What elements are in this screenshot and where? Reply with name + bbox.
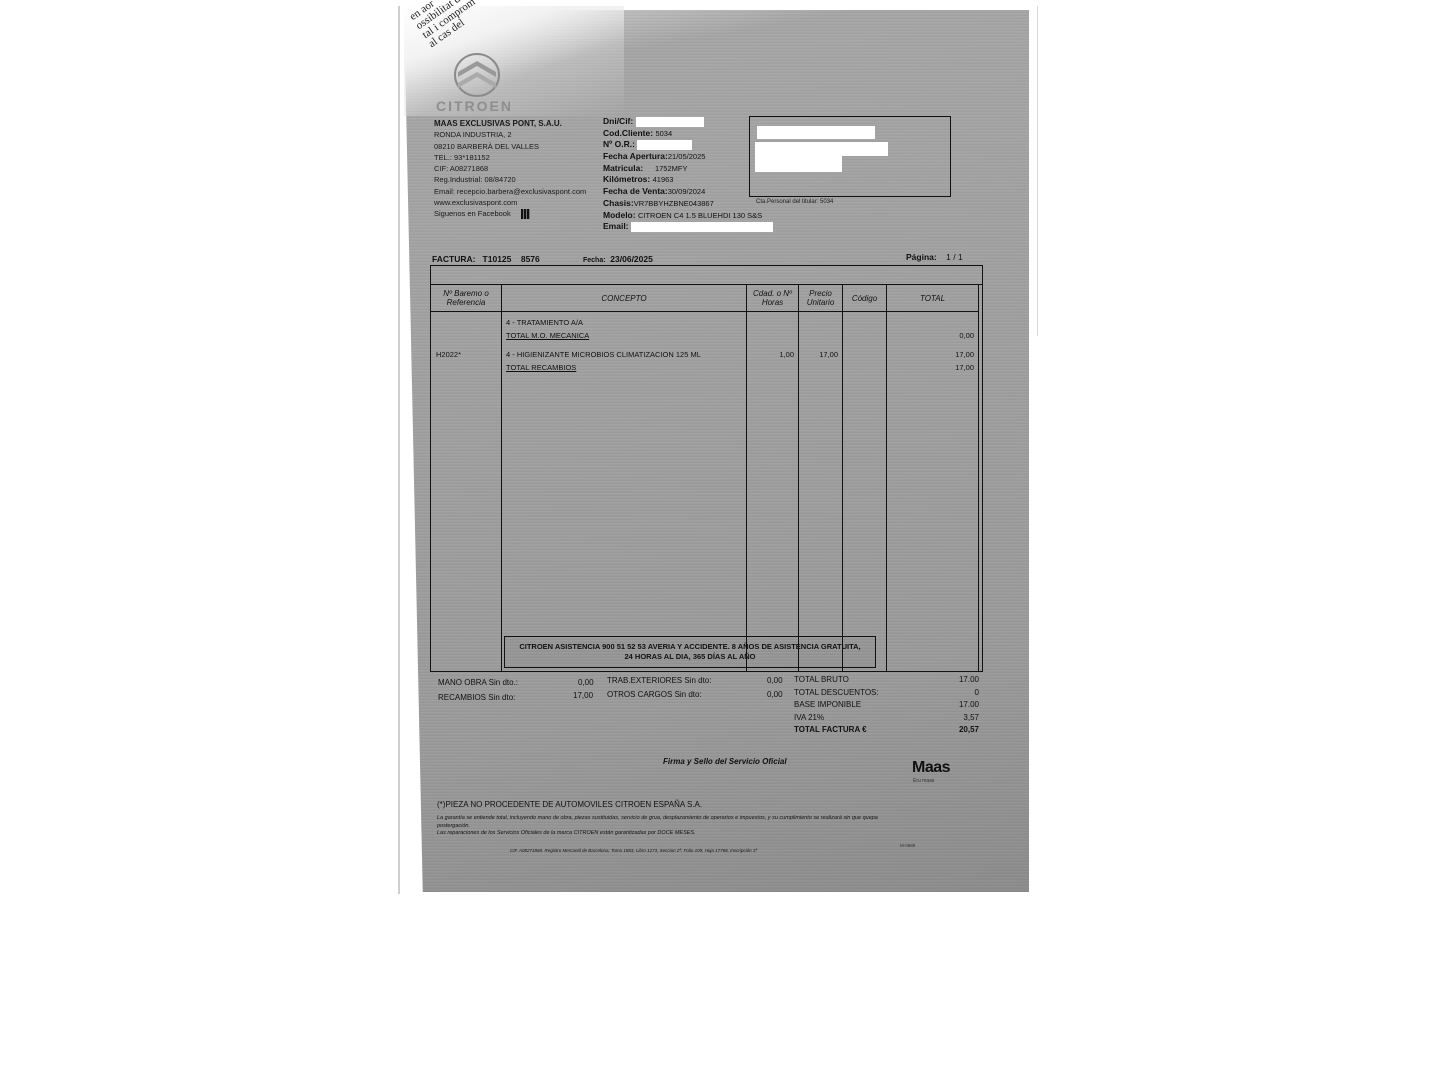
fecha-venta-label: Fecha de Venta: [603,186,668,196]
total-descuentos-value: 0 [975,687,979,700]
email-label: Email: [603,221,629,231]
row-concepto: TOTAL M.O. MECANICA [506,331,589,340]
company-city: 08210 BARBERÀ DEL VALLES [434,141,586,152]
company-web: www.exclusivaspont.com [434,197,586,208]
cod-cliente-value: 5034 [655,129,672,138]
row-concepto: TOTAL RECAMBIOS [506,363,576,372]
cod-cliente-row: Cod.Cliente: 5034 [603,128,773,140]
base-imponible-row: BASE IMPONIBLE17.00 [794,699,979,712]
total-descuentos-label: TOTAL DESCUENTOS: [794,687,879,700]
fecha-apertura-value: 21/05/2025 [668,152,706,161]
column-ref [431,285,502,671]
row-total: 17,00 [887,363,974,372]
otros-label: OTROS CARGOS Sin dto: [607,690,702,699]
company-name: MAAS EXCLUSIVAS PONT, S.A.U. [434,118,586,129]
header-precio: Precio Unitario [799,285,842,312]
mano-obra-label: MANO OBRA Sin dto.: [438,678,518,687]
kilometros-row: Kilómetros: 41963 [603,174,773,186]
recambios-value: 17,00 [573,691,593,700]
email-row: Email: [603,221,773,233]
header-codigo: Código [843,285,886,312]
dni-label: Dni/Cif: [603,116,633,126]
total-descuentos-row: TOTAL DESCUENTOS:0 [794,687,979,700]
column-qty [747,285,799,671]
recambios-label: RECAMBIOS Sin dto: [438,693,515,702]
total-bruto-label: TOTAL BRUTO [794,674,849,687]
factura-number: 8576 [521,254,540,264]
trab-ext-label: TRAB.EXTERIORES Sin dto: [607,676,711,685]
chasis-value: VR7BBYHZBNE043867 [634,199,714,208]
iva-label: IVA 21% [794,712,824,725]
row-concepto: 4 - TRATAMIENTO A/A [506,318,583,327]
row-total: 0,00 [887,331,974,340]
total-factura-label: TOTAL FACTURA € [794,724,867,737]
redacted-email [631,222,773,232]
chasis-label: Chasis: [603,198,634,208]
trab-ext-value: 0,00 [767,676,783,685]
matricula-label: Matricula: [603,163,643,173]
redacted-or [637,140,692,150]
or-label: Nº O.R.: [603,139,635,149]
qr-code-icon [521,209,530,219]
totals-block: TOTAL BRUTO17.00 TOTAL DESCUENTOS:0 BASE… [794,674,979,737]
invoice-number: FACTURA: T10125 8576 [432,254,540,264]
matricula-row: Matricula: 1752MFY [603,163,773,175]
mano-obra-value: 0,00 [578,678,594,687]
fecha-label: Fecha: [583,257,606,264]
header-ref: Nº Baremo o Referencia [431,285,501,312]
or-row: Nº O.R.: [603,139,773,151]
redacted-client-city [755,156,842,172]
kilometros-value: 41963 [653,175,674,184]
cta-personal: Cta.Personal del titular: 5034 [756,199,833,205]
iva-value: 3,57 [963,712,979,725]
total-bruto-value: 17.00 [959,674,979,687]
dni-row: Dni/Cif: [603,116,773,128]
header-concepto: CONCEPTO [502,285,746,312]
table-top-band [431,266,982,285]
column-concept [502,285,747,671]
fecha-apertura-row: Fecha Apertura:21/05/2025 [603,151,773,163]
header-cantidad: Cdad. o Nº Horas [747,285,798,312]
maas-logo: Maas [912,759,950,777]
pagina-label: Página: [906,252,937,262]
redacted-dni [636,117,704,127]
vehicle-info: Dni/Cif: Cod.Cliente: 5034 Nº O.R.: Fech… [603,116,773,233]
company-address: RONDA INDUSTRIA, 2 [434,129,586,140]
base-imponible-value: 17.00 [959,699,979,712]
column-price [799,285,843,671]
fecha-apertura-label: Fecha Apertura: [603,151,668,161]
social-text: Siguenos en Facebook [434,209,511,218]
total-bruto-row: TOTAL BRUTO17.00 [794,674,979,687]
row-cantidad: 1,00 [747,350,794,359]
company-cif: CIF: A08271868 [434,163,586,174]
iva-row: IVA 21%3,57 [794,712,979,725]
form-code: M-0688 [900,843,915,848]
scan-edge [1037,6,1038,336]
otros-value: 0,00 [767,690,783,699]
redacted-client-name [757,126,875,139]
invoice-lines-table: Nº Baremo o Referencia CONCEPTO Cdad. o … [430,265,983,672]
warranty-text: La garantía se entiende total, incluyend… [437,815,882,838]
factura-label: FACTURA: [432,254,475,264]
row-precio: 17,00 [799,350,838,359]
maas-tagline: Eru maas [913,778,934,784]
modelo-label: Modelo: [603,210,636,220]
notice-line-2: 24 HORAS AL DIA, 365 DÍAS AL AÑO [519,652,860,662]
fecha-value: 23/06/2025 [610,254,653,264]
company-reg: Reg.Industrial: 08/84720 [434,174,586,185]
company-info: MAAS EXCLUSIVAS PONT, S.A.U. RONDA INDUS… [434,118,586,220]
pieza-note: (*)PIEZA NO PROCEDENTE DE AUTOMOVILES CI… [437,800,702,809]
row-concepto: 4 - HIGIENIZANTE MICROBIOS CLIMATIZACION… [506,350,701,359]
notice-line-1: CITROEN ASISTENCIA 900 51 52 53 AVERIA Y… [519,642,860,652]
brand-wordmark: CITROEN [436,98,513,114]
registry-text: CIF. A08271868. Registro Mercantil de Ba… [510,848,757,853]
column-code [843,285,887,671]
company-phone: TEL.: 93*181152 [434,152,586,163]
header-total: TOTAL [887,285,978,312]
pagina-value: 1 / 1 [946,252,963,262]
fecha-venta-value: 30/09/2024 [668,187,706,196]
company-email: Email: recepcio.barbera@exclusivaspont.c… [434,186,586,197]
row-total: 17,00 [887,350,974,359]
modelo-row: Modelo: CITROEN C4 1.5 BLUEHDI 130 S&S [603,210,773,222]
kilometros-label: Kilómetros: [603,174,650,184]
fecha-venta-row: Fecha de Venta:30/09/2024 [603,186,773,198]
chasis-row: Chasis:VR7BBYHZBNE043867 [603,198,773,210]
signature-label: Firma y Sello del Servicio Oficial [663,757,787,766]
matricula-value: 1752MFY [655,164,688,173]
garantia-text: La garantía se entiende total, incluyend… [437,815,882,830]
column-total [887,285,979,671]
total-factura-row: TOTAL FACTURA €20,57 [794,724,979,737]
modelo-value: CITROEN C4 1.5 BLUEHDI 130 S&S [638,211,762,220]
redacted-client-address [755,142,888,156]
reparaciones-text: Las reparaciones de los Servicios Oficia… [437,830,882,838]
factura-series: T10125 [483,254,512,264]
client-address-box [749,116,951,197]
base-imponible-label: BASE IMPONIBLE [794,699,861,712]
row-ref: H2022* [436,350,461,359]
citroen-logo-icon [452,52,502,98]
company-social: Siguenos en Facebook [434,208,586,219]
scan-edge [398,6,400,894]
assistance-notice: CITROEN ASISTENCIA 900 51 52 53 AVERIA Y… [504,636,876,668]
invoice-date: Fecha: 23/06/2025 [583,254,653,264]
cod-cliente-label: Cod.Cliente: [603,128,653,138]
total-factura-value: 20,57 [959,724,979,737]
page-indicator: Página: 1 / 1 [906,252,963,262]
